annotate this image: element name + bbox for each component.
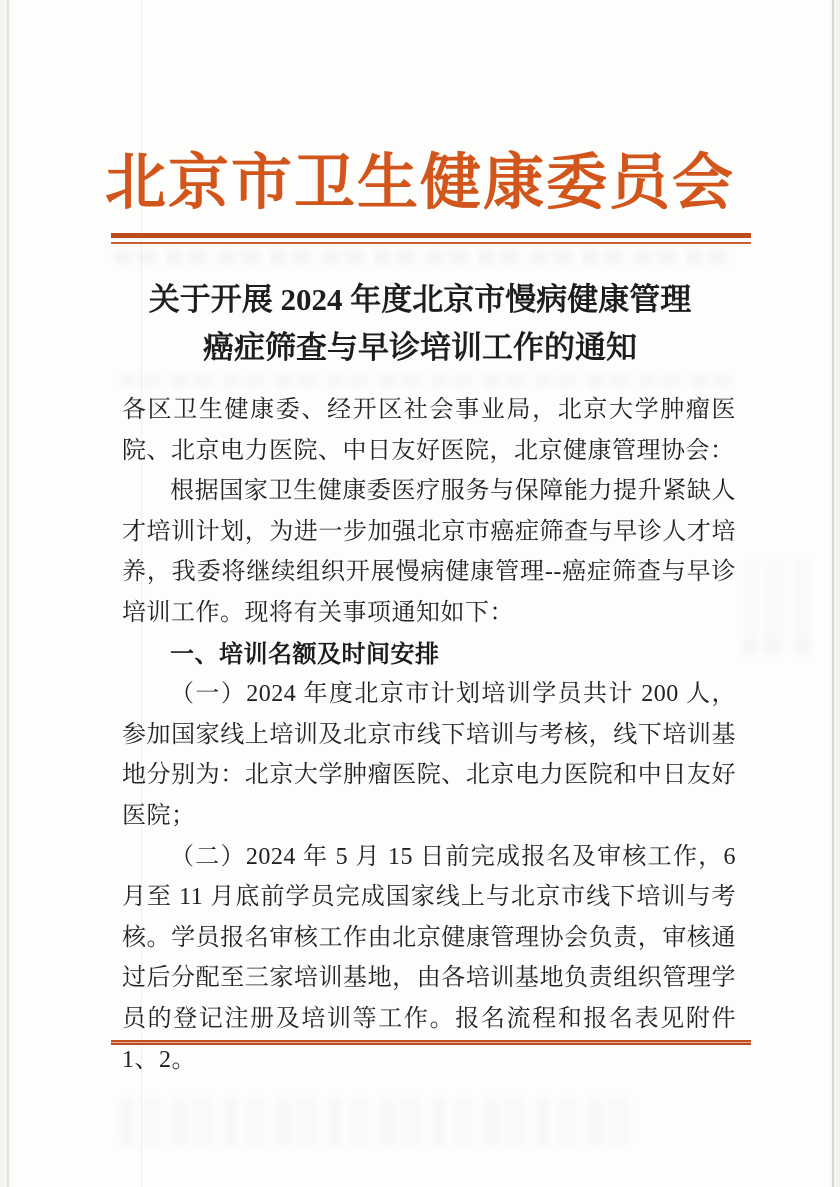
letterhead-double-rule	[111, 233, 751, 244]
bleedthrough-smudge	[115, 250, 737, 264]
bleedthrough-smudge	[120, 1098, 640, 1146]
section-heading: 一、培训名额及时间安排	[122, 634, 736, 675]
document-body: 各区卫生健康委、经开区社会事业局，北京大学肿瘤医院、北京电力医院、中日友好医院，…	[122, 390, 736, 1080]
bleedthrough-smudge	[744, 560, 814, 650]
bleedthrough-smudge	[742, 640, 814, 656]
item-paragraph-1: （一）2024 年度北京市计划培训学员共计 200 人，参加国家线上培训及北京市…	[122, 674, 736, 836]
document-title-line-1: 关于开展 2024 年度北京市慢病健康管理	[0, 276, 840, 324]
letterhead-rule-thin	[111, 242, 751, 244]
document-title-line-2: 癌症筛查与早诊培训工作的通知	[0, 324, 840, 372]
letterhead-org-name: 北京市卫生健康委员会	[0, 143, 840, 222]
scanned-document-page: 北京市卫生健康委员会 关于开展 2024 年度北京市慢病健康管理 癌症筛查与早诊…	[0, 0, 840, 1187]
salutation: 各区卫生健康委、经开区社会事业局，北京大学肿瘤医院、北京电力医院、中日友好医院，…	[122, 390, 736, 471]
footer-rule	[111, 1040, 751, 1045]
document-title: 关于开展 2024 年度北京市慢病健康管理 癌症筛查与早诊培训工作的通知	[0, 276, 840, 372]
bleedthrough-smudge	[120, 374, 732, 387]
intro-paragraph: 根据国家卫生健康委医疗服务与保障能力提升紧缺人才培训计划，为进一步加强北京市癌症…	[122, 471, 736, 633]
